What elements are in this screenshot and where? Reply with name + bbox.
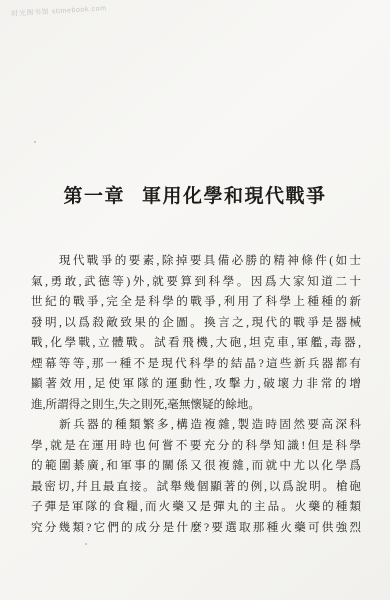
book-page: 时光图书馆 stimebook.com 第一章軍用化學和現代戰爭 現代戰爭的要素… bbox=[0, 0, 390, 600]
text-line: 子彈是軍隊的食糧,而火藥又是彈丸的主品。火藥的種類 bbox=[31, 497, 361, 518]
text-line: 煙幕等等,那一種不是現代科學的結晶?這些新兵器都有 bbox=[31, 354, 361, 375]
text-line: 氣,勇敢,武德等)外,就要算到科學。因爲大家知道二十 bbox=[31, 272, 361, 293]
scan-speck bbox=[85, 543, 87, 545]
watermark-text: 时光图书馆 stimebook.com bbox=[11, 3, 107, 19]
text-line: 究分幾類?它們的成分是什麼?要選取那種火藥可供強烈 bbox=[31, 518, 361, 539]
scan-speck bbox=[34, 141, 36, 143]
text-line: 新兵器的種類繁多,構造複雜,製造時固然要高深科 bbox=[31, 415, 361, 436]
text-line: 最密切,幷且最直接。試舉幾個顯著的例,以爲說明。槍砲 bbox=[31, 477, 361, 498]
text-line: 的範圍綦廣,和軍事的關係又很複雜,而就中尤以化學爲 bbox=[31, 456, 361, 477]
text-line: 發明,以爲殺敵致果的企圖。換言之,現代的戰爭是器械 bbox=[31, 313, 361, 334]
text-line: 世紀的戰爭,完全是科學的戰爭,利用了科學上種種的新 bbox=[31, 292, 361, 313]
body-text: 現代戰爭的要素,除掉要具備必勝的精神條件(如士氣,勇敢,武德等)外,就要算到科學… bbox=[31, 251, 361, 538]
text-line: 戰,化學戰,立體戰。試看飛機,大砲,坦克車,軍艦,毒器, bbox=[31, 333, 361, 354]
chapter-heading: 第一章軍用化學和現代戰爭 bbox=[0, 184, 390, 210]
chapter-title-text: 軍用化學和現代戰爭 bbox=[142, 186, 327, 207]
text-line: 學,就是在運用時也何嘗不要充分的科學知識!但是科學 bbox=[31, 436, 361, 457]
text-line: 顯著效用,足使軍隊的運動性,攻擊力,破壞力非常的增 bbox=[31, 374, 361, 395]
text-line: 現代戰爭的要素,除掉要具備必勝的精神條件(如士 bbox=[31, 251, 361, 272]
chapter-number: 第一章 bbox=[63, 186, 125, 207]
text-line: 進,所謂得之則生,失之則死,毫無懷疑的餘地。 bbox=[31, 395, 361, 416]
